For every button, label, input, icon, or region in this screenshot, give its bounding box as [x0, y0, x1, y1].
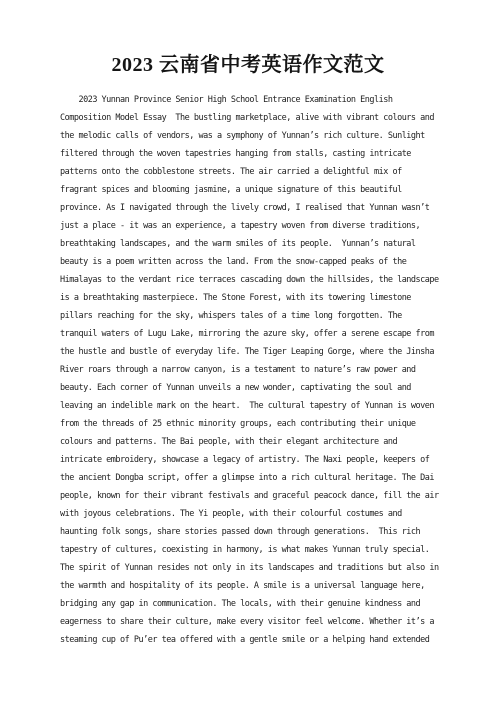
document-page: 2023 云南省中考英语作文范文 2023 Yunnan Province Se… [0, 0, 496, 702]
essay-body-text: 2023 Yunnan Province Senior High School … [60, 91, 496, 649]
document-title: 2023 云南省中考英语作文范文 [0, 0, 496, 80]
